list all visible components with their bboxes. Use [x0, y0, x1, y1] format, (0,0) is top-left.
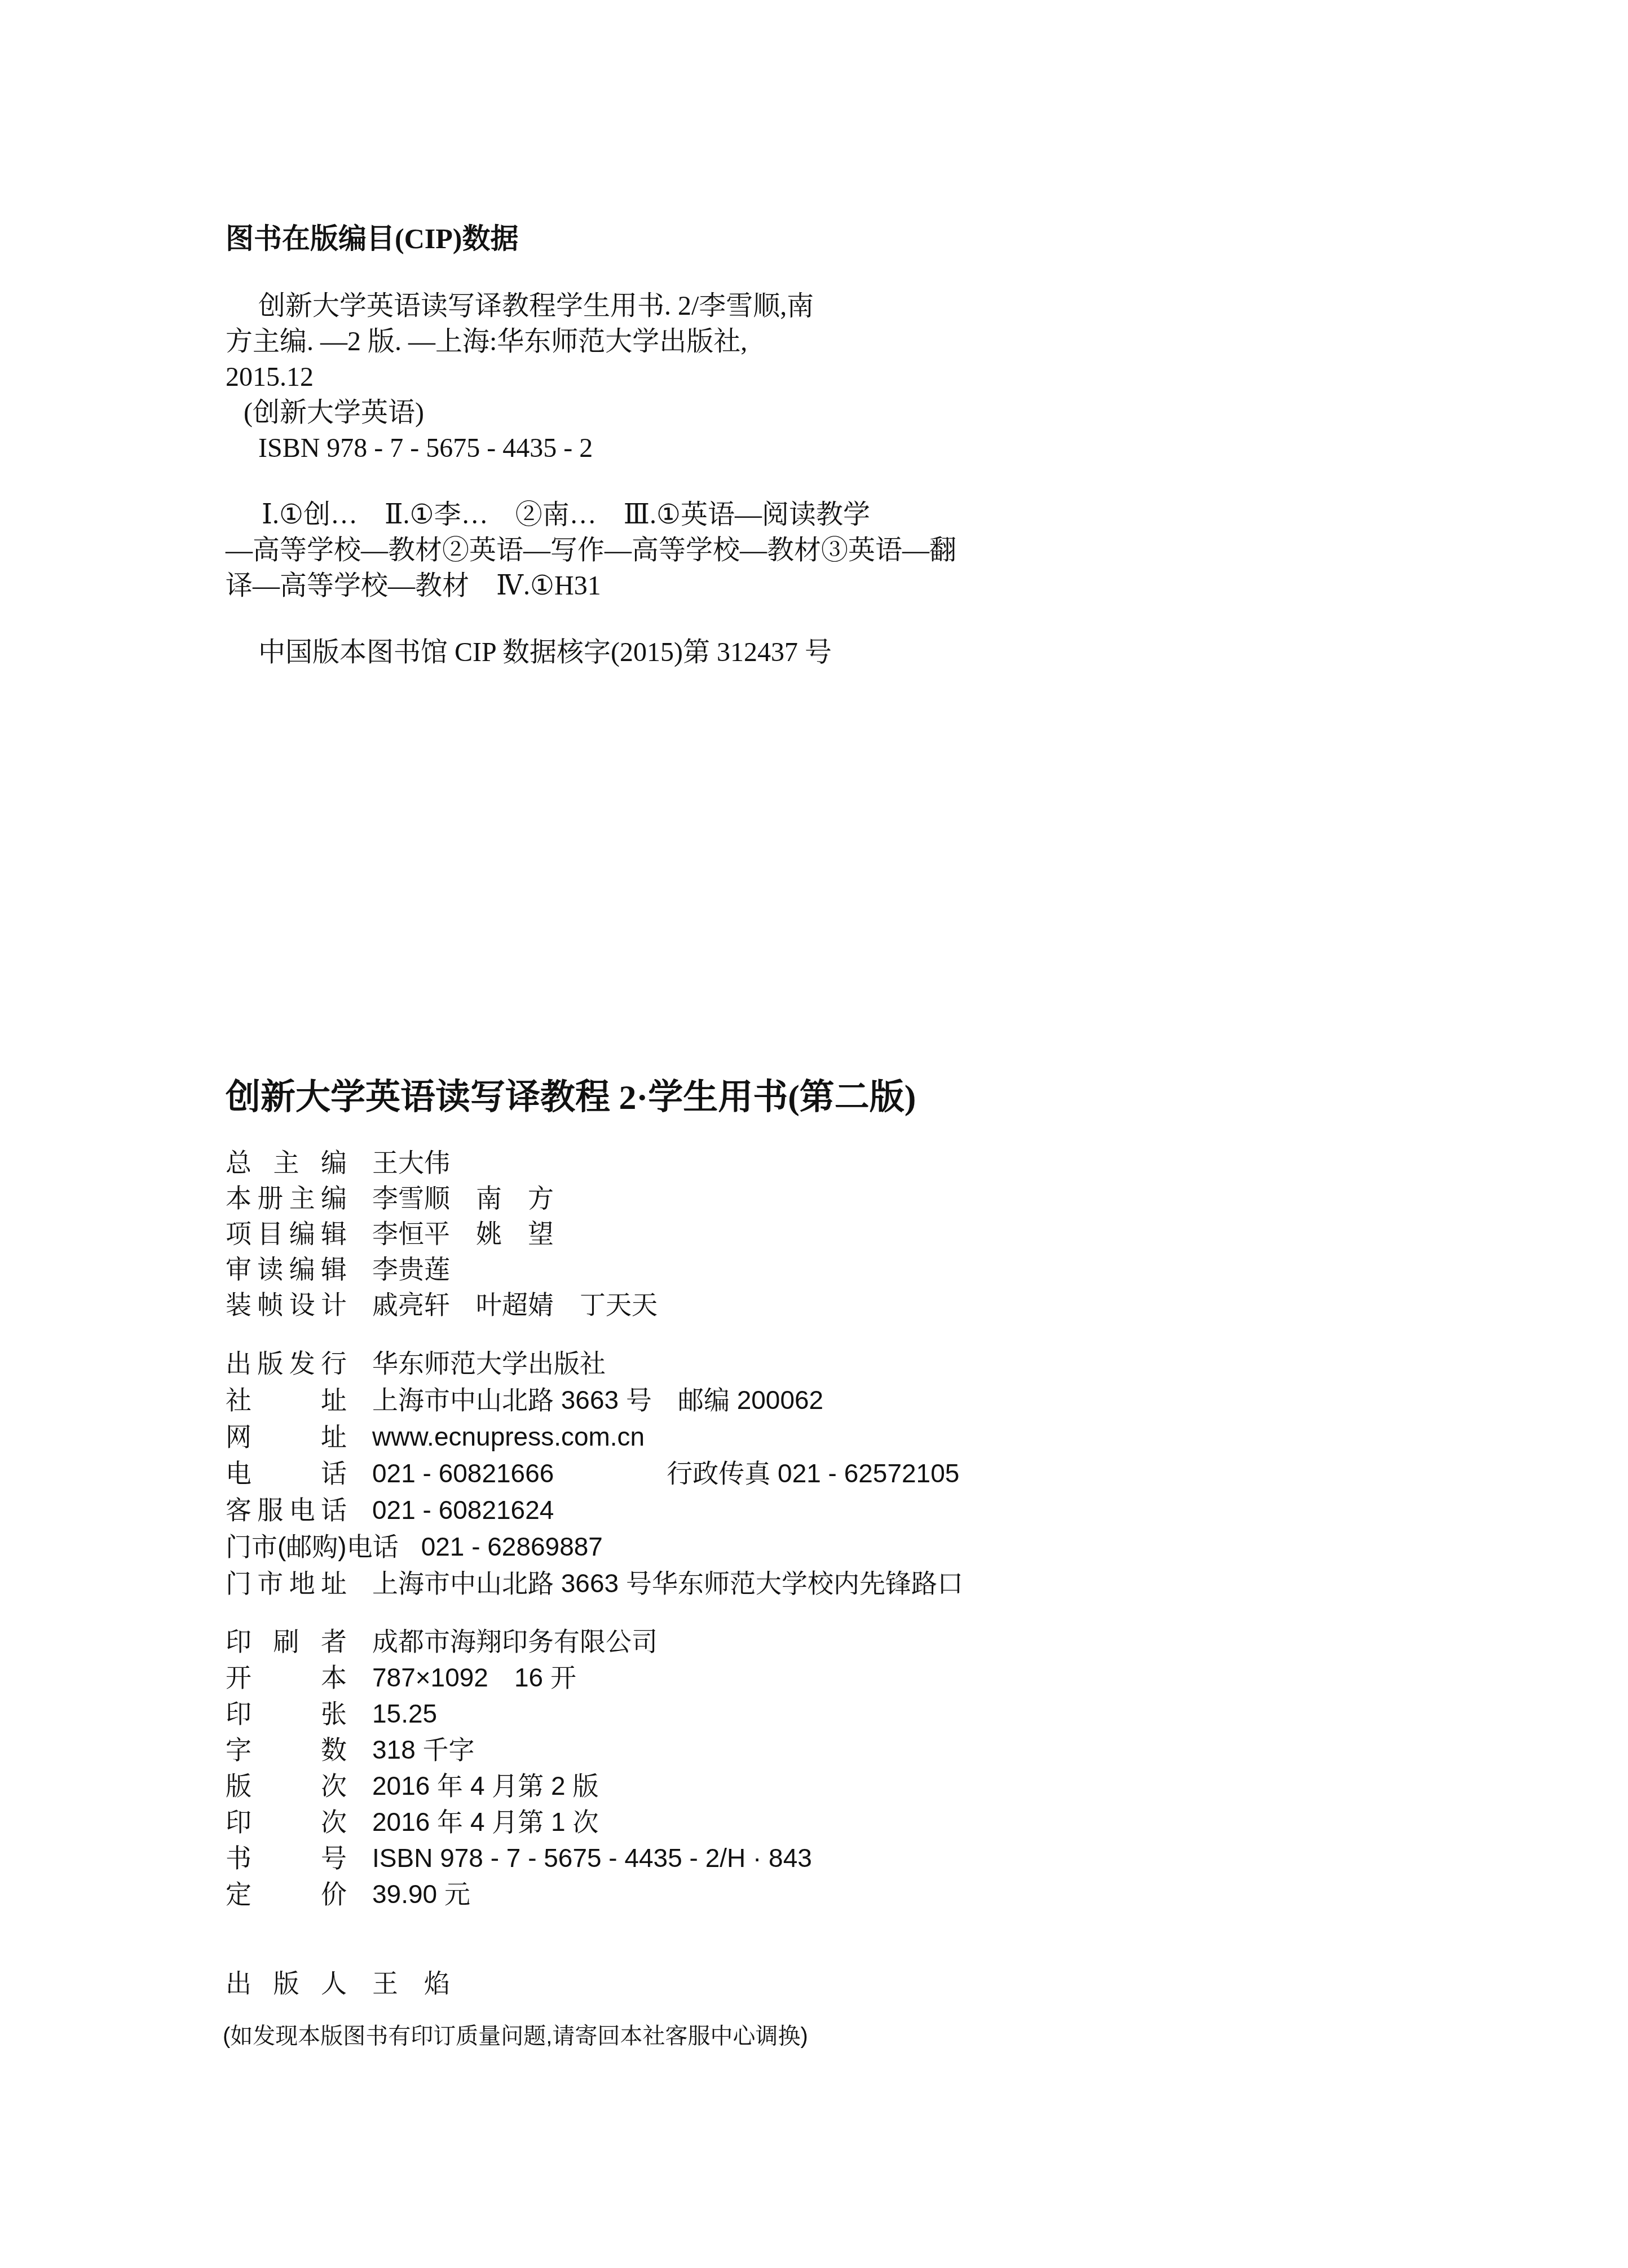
printing-row: 印张15.25	[226, 1696, 812, 1732]
row-value: 021 - 62869887	[421, 1532, 603, 1561]
row-label: 书号	[226, 1840, 347, 1876]
printing-row: 版次2016 年 4 月第 2 版	[226, 1768, 812, 1804]
row-label: 开本	[226, 1659, 347, 1696]
row-label: 装帧设计	[226, 1287, 347, 1323]
row-value: 王 焰	[372, 1968, 450, 1998]
publisher-row: 出版发行华东师范大学出版社	[226, 1345, 963, 1382]
cip-desc-line: 创新大学英语读写译教程学生用书. 2/李雪顺,南	[226, 288, 1139, 324]
row-label: 印次	[226, 1804, 347, 1840]
cip-registration: 中国版本图书馆 CIP 数据核字(2015)第 312437 号	[226, 635, 1139, 670]
publisher-row: 门市地址上海市中山北路 3663 号华东师范大学校内先锋路口	[226, 1565, 963, 1602]
row-label: 客服电话	[226, 1492, 347, 1529]
cip-class-line: —高等学校—教材②英语—写作—高等学校—教材③英语—翻	[226, 532, 1139, 568]
row-value: 2016 年 4 月第 2 版	[372, 1771, 598, 1800]
row-value: 李雪顺 南 方	[372, 1183, 554, 1213]
row-label: 门市地址	[226, 1565, 347, 1602]
row-label: 网址	[226, 1419, 347, 1455]
cip-desc-line: 方主编. —2 版. —上海:华东师范大学出版社,	[226, 324, 1139, 359]
row-label: 印张	[226, 1696, 347, 1732]
publisher-row: 网址www.ecnupress.com.cn	[226, 1419, 963, 1455]
cip-description: 创新大学英语读写译教程学生用书. 2/李雪顺,南 方主编. —2 版. —上海:…	[226, 288, 1139, 466]
publisher-row: 电话021 - 60821666行政传真 021 - 62572105	[226, 1455, 963, 1492]
credit-row: 本册主编李雪顺 南 方	[226, 1181, 658, 1216]
row-label: 项目编辑	[226, 1216, 347, 1252]
printing-row: 开本787×1092 16 开	[226, 1659, 812, 1696]
cip-class-line: Ⅰ.①创… Ⅱ.①李… ②南… Ⅲ.①英语—阅读教学	[226, 497, 1139, 532]
row-label: 社址	[226, 1382, 347, 1419]
row-value: 李贵莲	[372, 1254, 450, 1284]
website-url: www.ecnupress.com.cn	[372, 1422, 645, 1451]
cip-series-line: (创新大学英语)	[226, 395, 1139, 430]
credit-row: 装帧设计戚亮轩 叶超婧 丁天天	[226, 1287, 658, 1323]
row-label: 总主编	[226, 1145, 347, 1181]
row-value: 318 千字	[372, 1735, 475, 1764]
row-label: 电话	[226, 1455, 347, 1492]
publisher-row: 社址上海市中山北路 3663 号 邮编 200062	[226, 1382, 963, 1419]
copyright-page: 图书在版编目(CIP)数据 创新大学英语读写译教程学生用书. 2/李雪顺,南 方…	[0, 0, 1628, 2268]
row-value: 021 - 60821666	[372, 1459, 554, 1488]
printing-row: 印次2016 年 4 月第 1 次	[226, 1804, 812, 1840]
credit-row: 项目编辑李恒平 姚 望	[226, 1216, 658, 1252]
printing-row: 定价39.90 元	[226, 1876, 812, 1912]
row-value: 上海市中山北路 3663 号 邮编 200062	[372, 1385, 823, 1415]
credit-row: 审读编辑李贵莲	[226, 1252, 658, 1287]
row-value: 成都市海翔印务有限公司	[372, 1627, 658, 1656]
row-value: 李恒平 姚 望	[372, 1219, 554, 1248]
cip-classification: Ⅰ.①创… Ⅱ.①李… ②南… Ⅲ.①英语—阅读教学 —高等学校—教材②英语—写…	[226, 497, 1139, 604]
publisher-row: 客服电话021 - 60821624	[226, 1492, 963, 1529]
row-value: 上海市中山北路 3663 号华东师范大学校内先锋路口	[372, 1569, 963, 1598]
cip-class-line: 译—高等学校—教材 Ⅳ.①H31	[226, 568, 1139, 604]
row-value: 15.25	[372, 1699, 437, 1728]
cip-isbn-line: ISBN 978 - 7 - 5675 - 4435 - 2	[226, 430, 1139, 466]
row-value: 2016 年 4 月第 1 次	[372, 1807, 598, 1837]
row-label: 出版人	[226, 1966, 347, 2001]
credits-block: 总主编王大伟 本册主编李雪顺 南 方 项目编辑李恒平 姚 望 审读编辑李贵莲 装…	[226, 1145, 658, 1323]
row-value: 华东师范大学出版社	[372, 1349, 606, 1378]
row-label: 版次	[226, 1768, 347, 1804]
quality-notice: (如发现本版图书有印订质量问题,请寄回本社客服中心调换)	[223, 2018, 808, 2050]
cip-block: 图书在版编目(CIP)数据 创新大学英语读写译教程学生用书. 2/李雪顺,南 方…	[226, 223, 1139, 670]
credit-row: 总主编王大伟	[226, 1145, 658, 1181]
row-label: 字数	[226, 1732, 347, 1768]
book-title: 创新大学英语读写译教程 2·学生用书(第二版)	[226, 1069, 916, 1119]
printing-row: 印刷者成都市海翔印务有限公司	[226, 1623, 812, 1659]
cip-header: 图书在版编目(CIP)数据	[226, 223, 1139, 254]
row-value: 戚亮轩 叶超婧 丁天天	[372, 1290, 658, 1319]
publisher-person-block: 出版人王 焰	[226, 1966, 450, 2001]
price-value: 39.90 元	[372, 1879, 470, 1909]
publisher-block: 出版发行华东师范大学出版社 社址上海市中山北路 3663 号 邮编 200062…	[226, 1345, 963, 1602]
row-label: 本册主编	[226, 1181, 347, 1216]
row-label: 门市(邮购)电话	[226, 1529, 399, 1565]
printing-row: 书号ISBN 978 - 7 - 5675 - 4435 - 2/H · 843	[226, 1840, 812, 1876]
row-label: 出版发行	[226, 1345, 347, 1382]
printing-block: 印刷者成都市海翔印务有限公司 开本787×1092 16 开 印张15.25 字…	[226, 1623, 812, 1912]
publisher-row: 门市(邮购)电话021 - 62869887	[226, 1529, 963, 1565]
row-value: 021 - 60821624	[372, 1495, 554, 1525]
row-label: 审读编辑	[226, 1252, 347, 1287]
printing-row: 字数318 千字	[226, 1732, 812, 1768]
fax-info: 行政传真 021 - 62572105	[667, 1459, 959, 1488]
row-value: 王大伟	[372, 1148, 450, 1177]
isbn-value: ISBN 978 - 7 - 5675 - 4435 - 2/H · 843	[372, 1843, 812, 1873]
row-value: 787×1092 16 开	[372, 1663, 576, 1692]
cip-desc-line: 2015.12	[226, 359, 1139, 395]
row-label: 定价	[226, 1876, 347, 1912]
publisher-person-row: 出版人王 焰	[226, 1966, 450, 2001]
row-label: 印刷者	[226, 1623, 347, 1659]
